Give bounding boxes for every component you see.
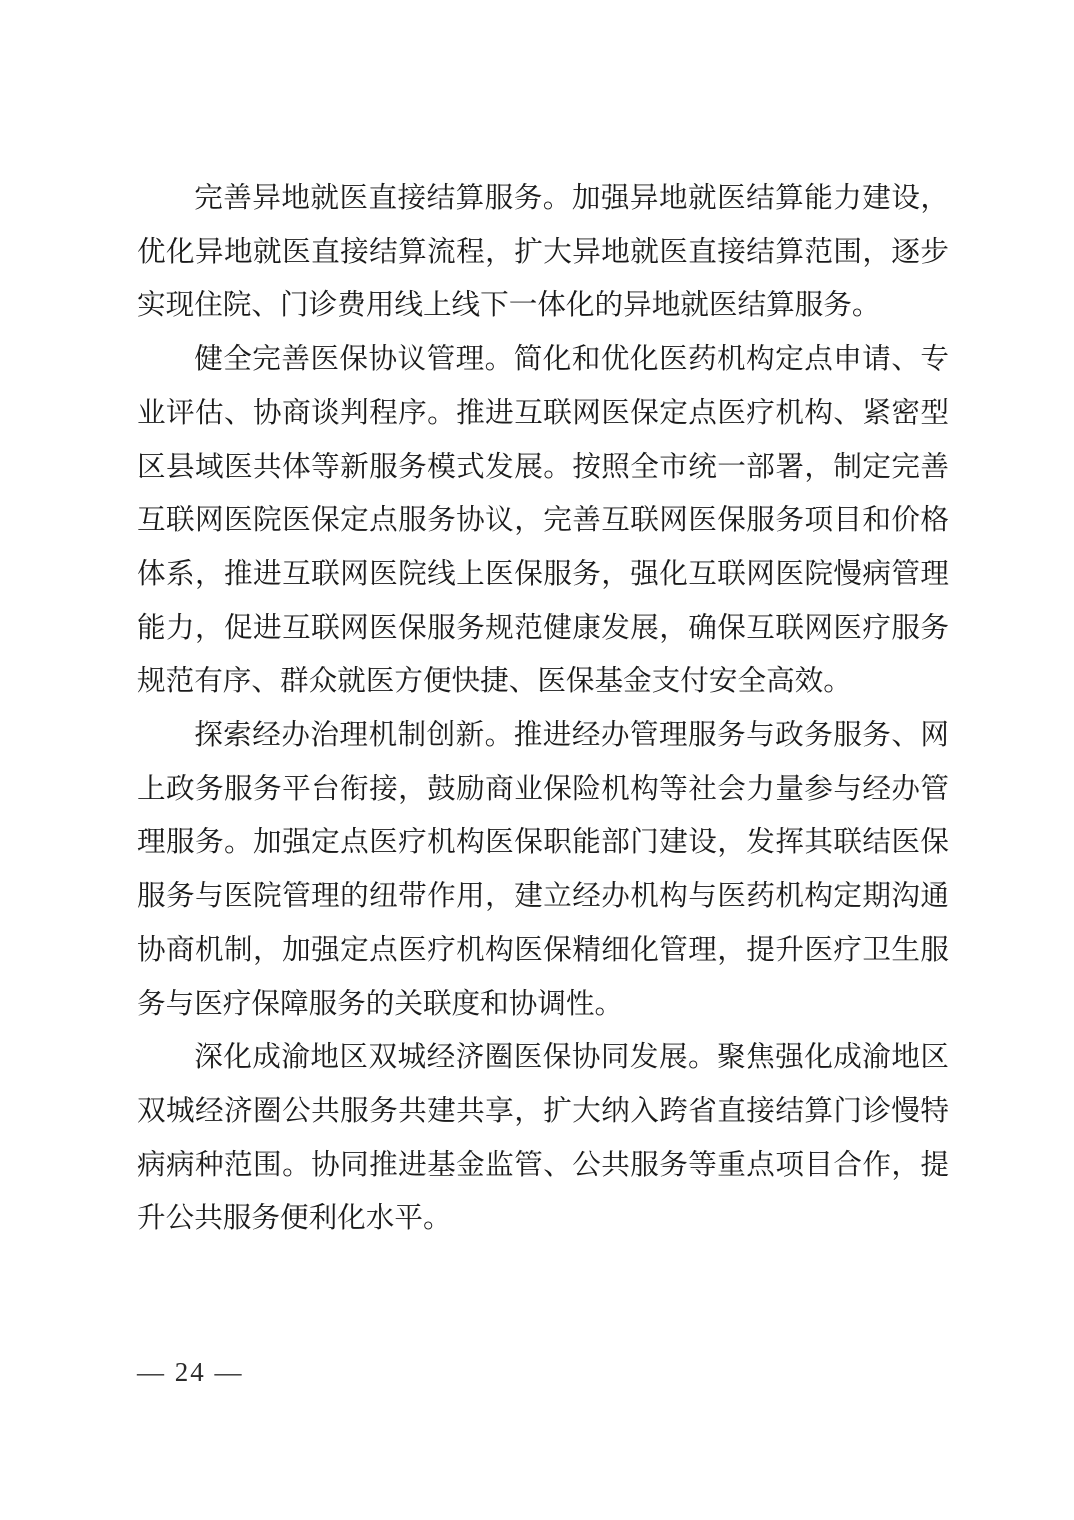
paragraph-chengdu-chongqing-coordination: 深化成渝地区双城经济圈医保协同发展。聚焦强化成渝地区双城经济圈公共服务共建共享，…: [137, 1031, 949, 1246]
paragraph-medical-insurance-agreement-management: 健全完善医保协议管理。简化和优化医药机构定点申请、专业评估、协商谈判程序。推进互…: [137, 333, 949, 709]
page-number: — 24 —: [137, 1357, 244, 1387]
paragraph-handling-governance-innovation: 探索经办治理机制创新。推进经办管理服务与政务服务、网上政务服务平台衔接，鼓励商业…: [137, 709, 949, 1031]
page-footer: — 24 —: [137, 1352, 437, 1392]
document-body: 完善异地就医直接结算服务。加强异地就医结算能力建设，优化异地就医直接结算流程，扩…: [137, 172, 949, 1246]
paragraph-remote-medical-settlement: 完善异地就医直接结算服务。加强异地就医结算能力建设，优化异地就医直接结算流程，扩…: [137, 172, 949, 333]
document-page: 完善异地就医直接结算服务。加强异地就医结算能力建设，优化异地就医直接结算流程，扩…: [0, 0, 1074, 1520]
